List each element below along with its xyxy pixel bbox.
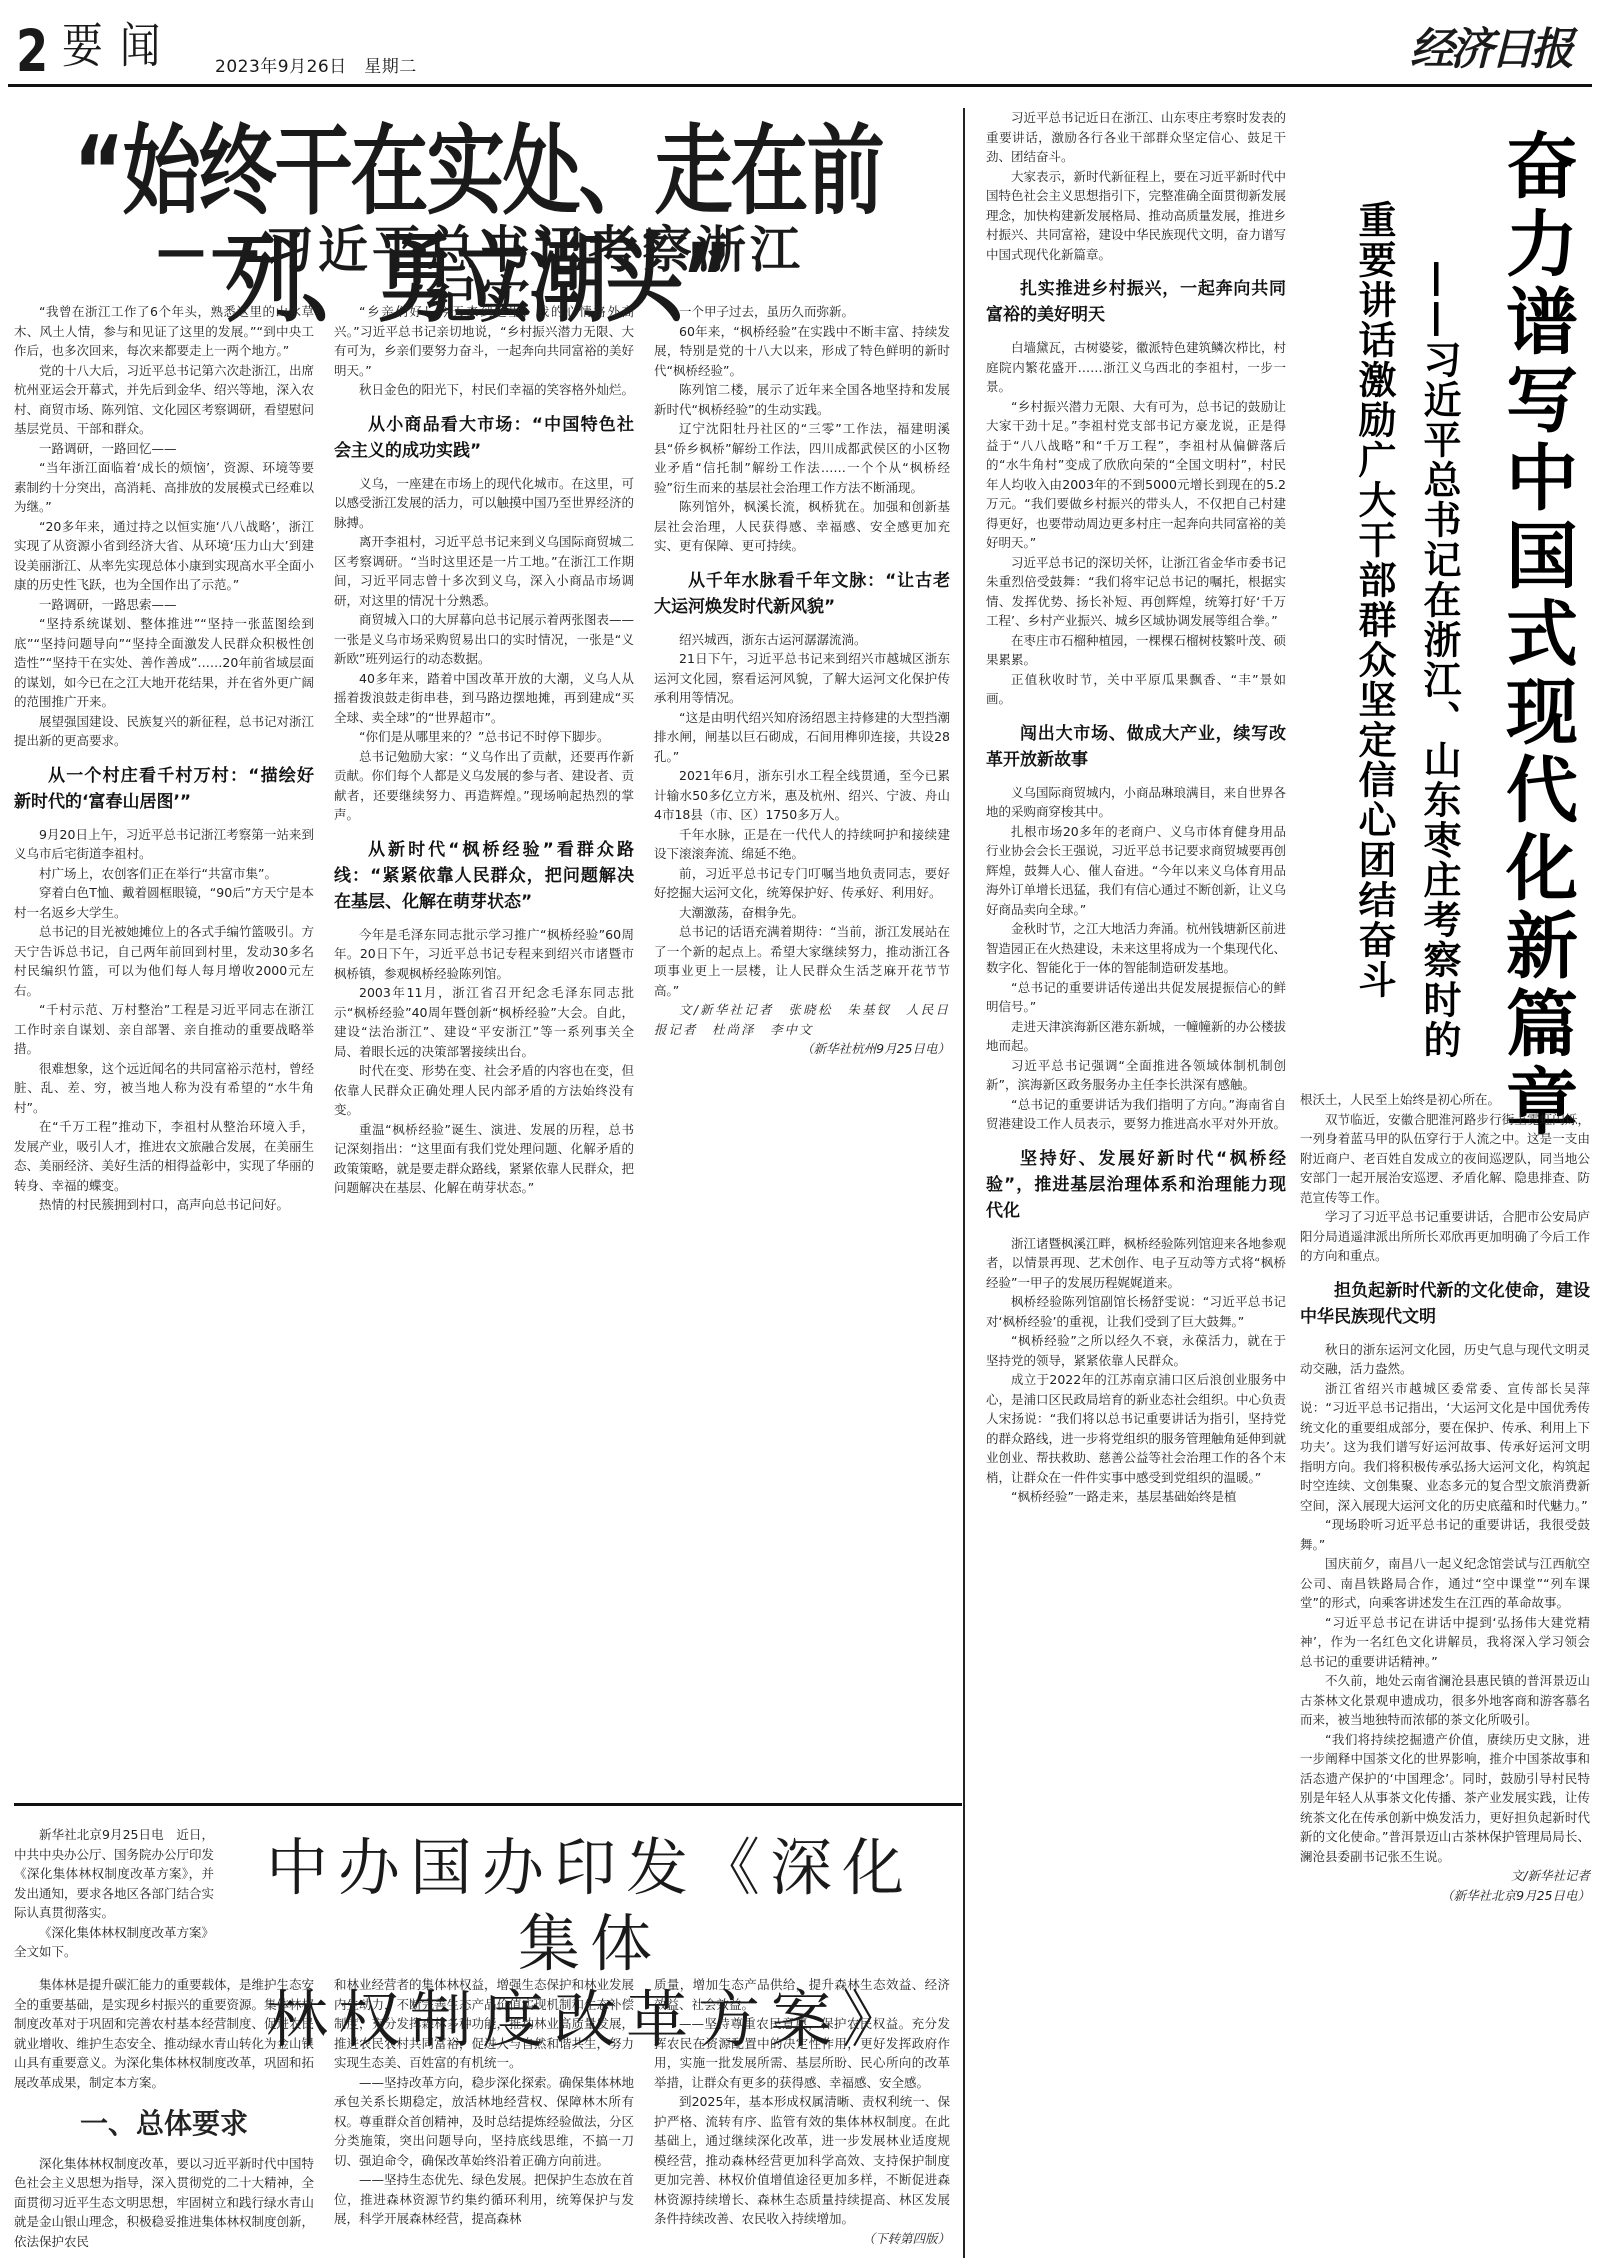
paragraph: 21日下午，习近平总书记来到绍兴市越城区浙东运河文化园，察看运河风貌，了解大运河… — [654, 649, 950, 708]
section-subheading: 从小商品看大市场：“中国特色社会主义的成功实践” — [334, 412, 634, 464]
lead-column-3: 一个甲子过去，虽历久而弥新。 60年来，“枫桥经验”在实践中不断丰富、持续发展，… — [654, 302, 950, 1059]
byline: 文/新华社记者 张晓松 朱基钗 人民日报记者 杜尚泽 李中文 — [654, 1000, 950, 1039]
section-subheading: 扎实推进乡村振兴，一起奔向共同富裕的美好明天 — [986, 276, 1286, 328]
right-article-vertical-subtitle-1: ——习近平总书记在浙江、山东枣庄考察时的 — [1420, 260, 1458, 1060]
paragraph: 正值秋收时节，关中平原瓜果飘香、“丰”景如画。 — [986, 670, 1286, 709]
paragraph: 到2025年，基本形成权属清晰、责权利统一、保护严格、流转有序、监管有效的集体林… — [654, 2092, 950, 2229]
paragraph: “总书记的重要讲话传递出共促发展提振信心的鲜明信号。” — [986, 978, 1286, 1017]
paragraph: 很难想象，这个远近闻名的共同富裕示范村，曾经脏、乱、差、穷，被当地人称为没有希望… — [14, 1059, 314, 1118]
paragraph: “当年浙江面临着‘成长的烦恼’，资源、环境等要素制约十分突出，高消耗、高排放的发… — [14, 458, 314, 517]
paragraph: 辽宁沈阳牡丹社区的“三零”工作法，福建明溪县“侨乡枫桥”解纷工作法，四川成都武侯… — [654, 419, 950, 497]
paragraph: 60年来，“枫桥经验”在实践中不断丰富、持续发展，特别是党的十八大以来，形成了特… — [654, 322, 950, 381]
paragraph: “枫桥经验”一路走来，基层基础始终是植 — [986, 1487, 1286, 1507]
paragraph: 浙江诸暨枫溪江畔，枫桥经验陈列馆迎来各地参观者，以情景再现、艺术创作、电子互动等… — [986, 1234, 1286, 1293]
paragraph: 集体林是提升碳汇能力的重要载体，是维护生态安全的重要基础，是实现乡村振兴的重要资… — [14, 1975, 314, 2092]
lead-column-2: “乡亲们好！今天来到这里，我的心情格外高兴。”习近平总书记亲切地说，“乡村振兴潜… — [334, 302, 634, 1198]
section-heading: 一、总体要求 — [14, 2114, 314, 2134]
paragraph: 热情的村民簇拥到村口，高声向总书记问好。 — [14, 1195, 314, 1215]
paragraph: 秋日金色的阳光下，村民们幸福的笑容格外灿烂。 — [334, 380, 634, 400]
byline: 文/新华社记者 — [1300, 1866, 1590, 1886]
paragraph: 白墙黛瓦，古树婆娑，徽派特色建筑鳞次栉比，村庭院内繁花盛开……浙江义乌西北的李祖… — [986, 338, 1286, 397]
paragraph: 习近平总书记强调“全面推进各领域体制机制创新”，滨海新区政务服务办主任李长洪深有… — [986, 1056, 1286, 1095]
paragraph: “乡村振兴潜力无限、大有可为，总书记的鼓励让大家干劲十足。”李祖村党支部书记方豪… — [986, 397, 1286, 553]
section-subheading: 从一个村庄看千村万村：“描绘好新时代的‘富春山居图’” — [14, 763, 314, 815]
paragraph: “枫桥经验”之所以经久不衰，永葆活力，就在于坚持党的领导，紧紧依靠人民群众。 — [986, 1331, 1286, 1370]
paragraph: “坚持系统谋划、整体推进”“坚持一张蓝图绘到底”“坚持问题导向”“坚持全面激发人… — [14, 614, 314, 712]
right-column-2: 根沃土，人民至上始终是初心所在。 双节临近，安徽合肥淮河路步行街上霓虹闪烁，一列… — [1300, 1090, 1590, 1905]
paragraph: “千村示范、万村整治”工程是习近平同志在浙江工作时亲自谋划、亲自部署、亲自推动的… — [14, 1000, 314, 1059]
paragraph: 浙江省绍兴市越城区委常委、宣传部长吴萍说：“习近平总书记指出，‘大运河文化是中国… — [1300, 1379, 1590, 1516]
paragraph: 深化集体林权制度改革，要以习近平新时代中国特色社会主义思想为指导，深入贯彻党的二… — [14, 2154, 314, 2252]
paragraph: 总书记的目光被她摊位上的各式手编竹篮吸引。方天宁告诉总书记，自己两年前回到村里，… — [14, 922, 314, 1000]
paragraph: 大潮激荡，奋楫争先。 — [654, 903, 950, 923]
paragraph: 义乌，一座建在市场上的现代化城市。在这里，可以感受浙江发展的活力，可以触摸中国乃… — [334, 474, 634, 533]
article-divider — [14, 1803, 962, 1806]
lead-column-1: “我曾在浙江工作了6个年头，熟悉这里的山水草木、风土人情，参与和见证了这里的发展… — [14, 302, 314, 1215]
paragraph: 离开李祖村，习近平总书记来到义乌国际商贸城二区考察调研。“当时这里还是一片工地。… — [334, 532, 634, 610]
paragraph: “这是由明代绍兴知府汤绍恩主持修建的大型挡潮排水闸，闸基以巨石砌成，石间用榫卯连… — [654, 708, 950, 767]
second-column-2: 和林业经营者的集体林权益，增强生态保护和林业发展内生动力，不断完善生态产品价值实… — [334, 1975, 634, 2229]
paragraph: 《深化集体林权制度改革方案》全文如下。 — [14, 1923, 214, 1962]
paragraph: “你们是从哪里来的？”总书记不时停下脚步。 — [334, 727, 634, 747]
paragraph: 总书记的话语充满着期待：“当前，浙江发展站在了一个新的起点上。希望大家继续努力，… — [654, 922, 950, 1000]
paragraph: 根沃土，人民至上始终是初心所在。 — [1300, 1090, 1590, 1110]
paragraph: 秋日的浙东运河文化园，历史气息与现代文明灵动交融，活力盎然。 — [1300, 1340, 1590, 1379]
paragraph: 40多年来，踏着中国改革开放的大潮，义乌人从摇着拨浪鼓走街串巷，到马路边摆地摊，… — [334, 669, 634, 728]
continued-notice: （下转第四版） — [654, 2229, 950, 2249]
paragraph: 一路调研，一路回忆—— — [14, 439, 314, 459]
paragraph: 绍兴城西，浙东古运河潺潺流淌。 — [654, 630, 950, 650]
paragraph: 新华社北京9月25日电 近日，中共中央办公厅、国务院办公厅印发《深化集体林权制度… — [14, 1825, 214, 1923]
paragraph: 2021年6月，浙东引水工程全线贯通，至今已累计输水50多亿立方米，惠及杭州、绍… — [654, 766, 950, 825]
paragraph: “习近平总书记在讲话中提到‘弘扬伟大建党精神’，作为一名红色文化讲解员，我将深入… — [1300, 1613, 1590, 1672]
second-column-1: 集体林是提升碳汇能力的重要载体，是维护生态安全的重要基础，是实现乡村振兴的重要资… — [14, 1975, 314, 2251]
paragraph: 大家表示，新时代新征程上，要在习近平新时代中国特色社会主义思想指引下，完整准确全… — [986, 167, 1286, 265]
section-subheading: 坚持好、发展好新时代“枫桥经验”，推进基层治理体系和治理能力现代化 — [986, 1146, 1286, 1224]
paragraph: 习近平总书记近日在浙江、山东枣庄考察时发表的重要讲话，激励各行各业干部群众坚定信… — [986, 108, 1286, 167]
paragraph: 和林业经营者的集体林权益，增强生态保护和林业发展内生动力，不断完善生态产品价值实… — [334, 1975, 634, 2073]
paragraph: 前，习近平总书记专门叮嘱当地负责同志，要好好挖掘大运河文化，统筹保护好、传承好、… — [654, 864, 950, 903]
issue-date: 2023年9月26日 星期二 — [215, 52, 417, 77]
section-subheading: 闯出大市场、做成大产业，续写改革开放新故事 — [986, 721, 1286, 773]
paragraph: 不久前，地处云南省澜沧县惠民镇的普洱景迈山古茶林文化景观申遗成功，很多外地客商和… — [1300, 1671, 1590, 1730]
paragraph: “现场聆听习近平总书记的重要讲话，我很受鼓舞。” — [1300, 1515, 1590, 1554]
paragraph: 重温“枫桥经验”诞生、演进、发展的历程，总书记深刻指出：“这里面有我们党处理问题… — [334, 1120, 634, 1198]
paragraph: 9月20日上午，习近平总书记浙江考察第一站来到义乌市后宅街道李祖村。 — [14, 825, 314, 864]
paragraph: 成立于2022年的江苏南京浦口区后浪创业服务中心，是浦口区民政局培育的新业态社会… — [986, 1370, 1286, 1487]
paragraph: 村广场上，农创客们正在举行“共富市集”。 — [14, 864, 314, 884]
paragraph: “我们将持续挖掘遗产价值，赓续历史文脉，进一步阐释中国茶文化的世界影响，推介中国… — [1300, 1730, 1590, 1867]
paragraph: 穿着白色T恤、戴着圆框眼镜，“90后”方天宁是本村一名返乡大学生。 — [14, 883, 314, 922]
section-subheading: 从千年水脉看千年文脉：“让古老大运河焕发时代新风貌” — [654, 568, 950, 620]
paragraph: ——坚持改革方向，稳步深化探索。确保集体林地承包关系长期稳定，放活林地经营权、保… — [334, 2073, 634, 2171]
paragraph: 在“千万工程”推动下，李祖村从整治环境入手，发展产业，吸引人才，推进农文旅融合发… — [14, 1117, 314, 1195]
paragraph: 习近平总书记的深切关怀，让浙江省金华市委书记朱重烈倍受鼓舞：“我们将牢记总书记的… — [986, 553, 1286, 631]
paragraph: “总书记的重要讲话为我们指明了方向。”海南省自贸港建设工作人员表示，要努力推进高… — [986, 1095, 1286, 1134]
paragraph: 金秋时节，之江大地活力奔涌。杭州钱塘新区前进智造园正在火热建设，未来这里将成为一… — [986, 919, 1286, 978]
section-title: 要闻 — [62, 22, 178, 70]
paragraph: 枫桥经验陈列馆副馆长杨舒雯说：“习近平总书记对‘枫桥经验’的重视，让我们受到了巨… — [986, 1292, 1286, 1331]
paragraph: 学习了习近平总书记重要讲话，合肥市公安局庐阳分局逍遥津派出所所长邓欣再更加明确了… — [1300, 1207, 1590, 1266]
paragraph: 陈列馆外，枫溪长流，枫桥犹在。加强和创新基层社会治理，人民获得感、幸福感、安全感… — [654, 497, 950, 556]
paragraph: 党的十八大后，习近平总书记第六次赴浙江，出席杭州亚运会开幕式，并先后到金华、绍兴… — [14, 361, 314, 439]
paragraph: 总书记勉励大家：“义乌作出了贡献，还要再作新贡献。你们每个人都是义乌发展的参与者… — [334, 747, 634, 825]
paragraph: 陈列馆二楼，展示了近年来全国各地坚持和发展新时代“枫桥经验”的生动实践。 — [654, 380, 950, 419]
paragraph: 2003年11月，浙江省召开纪念毛泽东同志批示“枫桥经验”40周年暨创新“枫桥经… — [334, 983, 634, 1061]
masthead-rule — [8, 84, 1592, 87]
paragraph: 一路调研，一路思索—— — [14, 595, 314, 615]
paragraph: 商贸城入口的大屏幕向总书记展示着两张图表——一张是义乌市场采购贸易出口的实时情况… — [334, 610, 634, 669]
paragraph: 扎根市场20多年的老商户、义乌市体育健身用品行业协会会长王强说，习近平总书记要求… — [986, 822, 1286, 920]
paragraph: 义乌国际商贸城内，小商品琳琅满目，来自世界各地的采购商穿梭其中。 — [986, 783, 1286, 822]
right-article-vertical-subtitle-2: 重要讲话激励广大干部群众坚定信心团结奋斗 — [1355, 200, 1393, 1000]
masthead: 2 要闻 2023年9月26日 星期二 经济日报 — [0, 0, 1600, 82]
right-article-vertical-title: 奋力谱写中国式现代化新篇章 — [1500, 128, 1572, 1142]
paragraph: “乡亲们好！今天来到这里，我的心情格外高兴。”习近平总书记亲切地说，“乡村振兴潜… — [334, 302, 634, 380]
dateline: （新华社北京9月25日电） — [1300, 1886, 1590, 1906]
second-article-lead: 新华社北京9月25日电 近日，中共中央办公厅、国务院办公厅印发《深化集体林权制度… — [14, 1825, 214, 1962]
paragraph: 质量，增加生态产品供给，提升森林生态效益、经济效益、社会效益。 — [654, 1975, 950, 2014]
column-divider — [963, 108, 965, 2258]
paragraph: 时代在变、形势在变、社会矛盾的内容也在变，但依靠人民群众正确处理人民内部矛盾的方… — [334, 1061, 634, 1120]
paragraph: “20多年来，通过持之以恒实施‘八八战略’，浙江实现了从资源小省到经济大省、从环… — [14, 517, 314, 595]
section-subheading: 从新时代“枫桥经验”看群众路线：“紧紧依靠人民群众，把问题解决在基层、化解在萌芽… — [334, 837, 634, 915]
dateline: （新华社杭州9月25日电） — [654, 1039, 950, 1059]
paragraph: ——坚持生态优先、绿色发展。把保护生态放在首位，推进森林资源节约集约循环利用，统… — [334, 2170, 634, 2229]
paragraph: ——坚持尊重农民意愿，保护农民权益。充分发挥农民在资源配置中的决定性作用，更好发… — [654, 2014, 950, 2092]
paragraph: “我曾在浙江工作了6个年头，熟悉这里的山水草木、风土人情，参与和见证了这里的发展… — [14, 302, 314, 361]
paragraph: 国庆前夕，南昌八一起义纪念馆尝试与江西航空公司、南昌铁路局合作，通过“空中课堂”… — [1300, 1554, 1590, 1613]
paragraph: 一个甲子过去，虽历久而弥新。 — [654, 302, 950, 322]
paragraph: 展望强国建设、民族复兴的新征程，总书记对浙江提出新的更高要求。 — [14, 712, 314, 751]
page-number: 2 — [16, 22, 48, 80]
paragraph: 千年水脉，正是在一代代人的持续呵护和接续建设下滚滚奔流、绵延不绝。 — [654, 825, 950, 864]
paragraph: 今年是毛泽东同志批示学习推广“枫桥经验”60周年。20日下午，习近平总书记专程来… — [334, 925, 634, 984]
right-column-1: 习近平总书记近日在浙江、山东枣庄考察时发表的重要讲话，激励各行各业干部群众坚定信… — [986, 108, 1286, 1507]
headline-line-1: 中办国办印发《深化集体 — [240, 1830, 940, 1982]
paragraph: 在枣庄市石榴种植园，一棵棵石榴树枝繁叶茂、硕果累累。 — [986, 631, 1286, 670]
second-column-3: 质量，增加生态产品供给，提升森林生态效益、经济效益、社会效益。 ——坚持尊重农民… — [654, 1975, 950, 2248]
section-subheading: 担负起新时代新的文化使命，建设中华民族现代文明 — [1300, 1278, 1590, 1330]
paragraph: 走进天津滨海新区港东新城，一幢幢新的办公楼拔地而起。 — [986, 1017, 1286, 1056]
newspaper-logo: 经济日报 — [1410, 28, 1570, 72]
paragraph: 双节临近，安徽合肥淮河路步行街上霓虹闪烁，一列身着蓝马甲的队伍穿行于人流之中。这… — [1300, 1110, 1590, 1208]
